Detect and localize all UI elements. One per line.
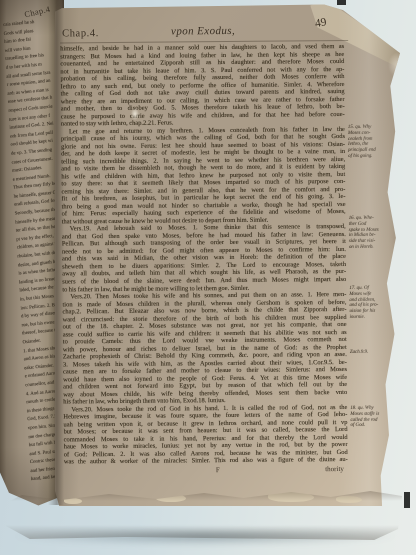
- margin-notes: 15. qu. Why Moses con- cealeth from Ieth…: [53, 0, 398, 2]
- margin-note: Zach.9.9.: [350, 349, 400, 355]
- catchword: thority: [325, 465, 344, 473]
- binding-notch: [337, 0, 346, 5]
- photo-background: Chap.4 cais raised he shGods will pleash…: [0, 0, 416, 555]
- margin-note: 15. qu. Why Moses con- cealeth from Ieth…: [348, 125, 398, 160]
- book-gutter-shadow: [48, 0, 64, 505]
- rust-spot: [400, 132, 403, 135]
- main-text-block: himselfe, and beside he had in a manner …: [60, 43, 348, 466]
- rust-spot: [388, 455, 392, 459]
- signature-mark: F: [216, 466, 220, 474]
- water-stain: [393, 150, 416, 320]
- signature-row: F thority: [64, 465, 348, 477]
- page-number: 49: [314, 16, 327, 30]
- binding-notch: [404, 492, 410, 508]
- margin-note: 17. qu. Of Moses wife and children, and …: [349, 286, 399, 321]
- page-content: Chap.4. vpon Exodus, 49 himselfe, and be…: [53, 0, 402, 507]
- right-page: Chap.4. vpon Exodus, 49 himselfe, and be…: [55, 0, 400, 506]
- running-title: vpon Exodus,: [53, 24, 353, 39]
- paper-chip: [336, 496, 362, 503]
- margin-note: 18. qu. Why Moses staffe is called the r…: [350, 405, 400, 429]
- margin-note: 16. qu. Whe- ther God spake to Moses in …: [349, 216, 399, 251]
- water-stain: [403, 168, 416, 246]
